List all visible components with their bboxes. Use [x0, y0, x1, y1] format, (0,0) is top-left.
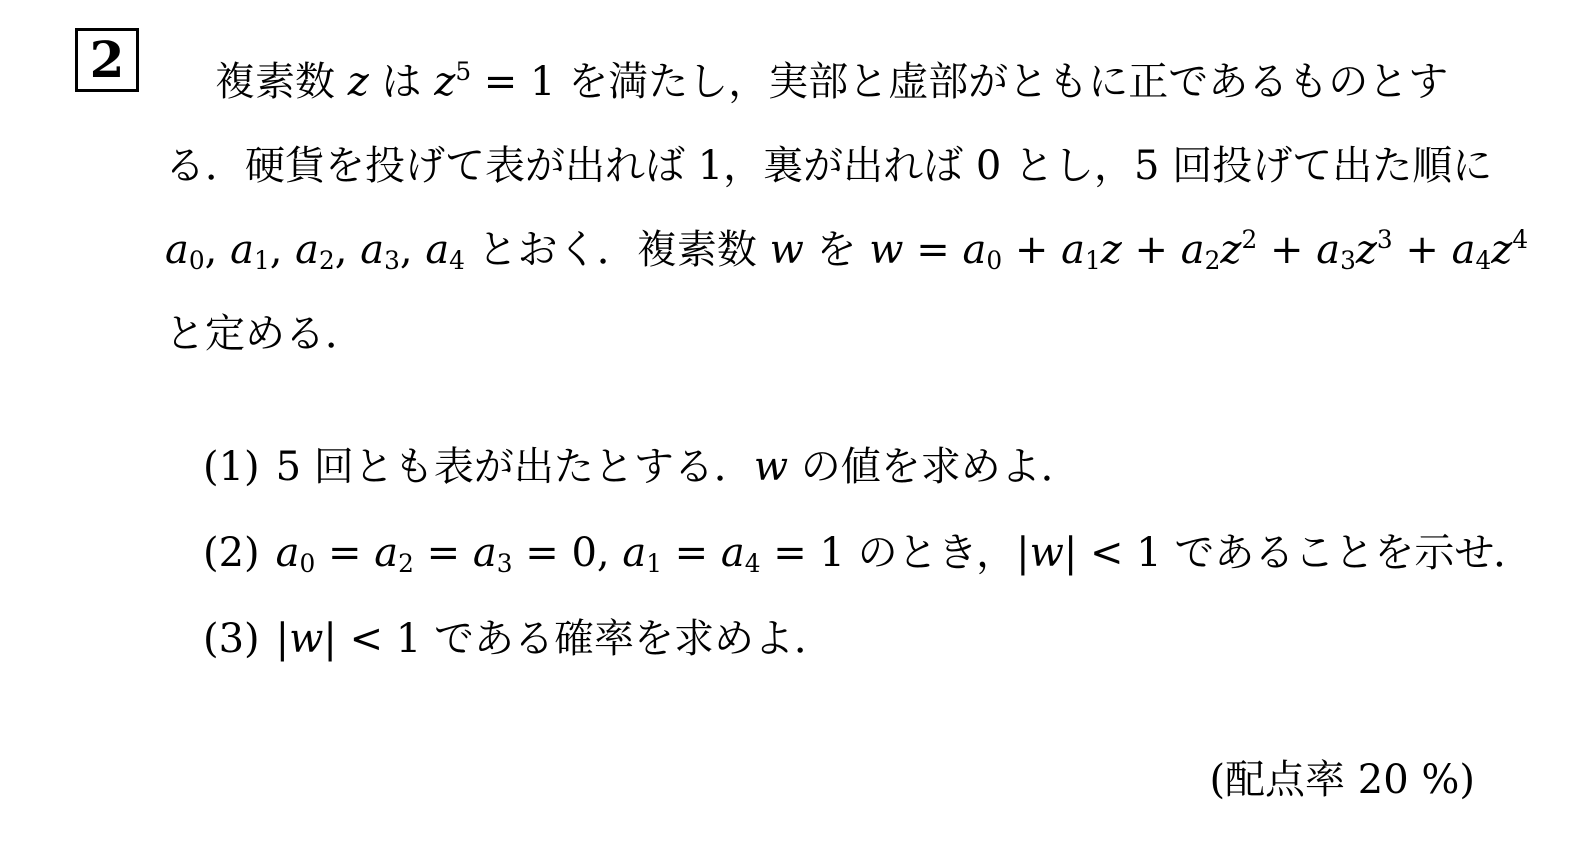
text-run: =	[904, 227, 963, 273]
math-var: w	[289, 616, 323, 662]
math-var: a	[425, 227, 449, 273]
item-label: (1)	[203, 444, 260, 490]
text-run: = 1	[471, 59, 568, 105]
problem-items: (1)5 回とも表が出たとする．w の値を求めよ．(2)a0 = a2 = a3…	[203, 424, 1533, 682]
math-subscript: 2	[319, 246, 335, 275]
body-line: る．硬貨を投げて表が出れば 1，裏が出れば 0 とし，5 回投げて出た順に	[165, 124, 1525, 208]
text-run: である確率を求めよ．	[434, 616, 834, 662]
math-var: a	[622, 530, 646, 576]
text-run: =	[662, 530, 721, 576]
problem-body: 複素数 z は z5 = 1 を満たし，実部と虚部がともに正であるものとする．硬…	[165, 40, 1525, 376]
math-subscript: 3	[497, 549, 513, 578]
text-run: | < 1	[323, 616, 434, 662]
text-run: とおく．複素数	[465, 227, 770, 273]
text-run: ,	[205, 227, 230, 273]
math-superscript: 3	[1377, 225, 1393, 254]
math-var: w	[1030, 530, 1064, 576]
text-run: ,	[400, 227, 425, 273]
math-var: z	[1101, 227, 1122, 273]
score-note: (配点率 20 %)	[1209, 748, 1475, 805]
body-line: 複素数 z は z5 = 1 を満たし，実部と虚部がともに正であるものとす	[165, 40, 1525, 124]
text-run: +	[1257, 227, 1316, 273]
exam-problem-page: 2 複素数 z は z5 = 1 を満たし，実部と虚部がともに正であるものとする…	[0, 0, 1571, 842]
text-run: の値を求めよ．	[788, 444, 1081, 490]
text-run: 5 回とも表が出たとする．	[276, 444, 754, 490]
math-subscript: 4	[1476, 246, 1492, 275]
math-subscript: 3	[384, 246, 400, 275]
math-var: a	[962, 227, 986, 273]
math-superscript: 2	[1241, 225, 1257, 254]
problem-item: (2)a0 = a2 = a3 = 0, a1 = a4 = 1 のとき，|w|…	[203, 510, 1533, 596]
math-var: a	[1061, 227, 1085, 273]
text-run: ,	[270, 227, 295, 273]
math-var: w	[869, 227, 903, 273]
math-subscript: 2	[1205, 246, 1221, 275]
problem-number-box: 2	[75, 28, 139, 92]
math-subscript: 4	[449, 246, 465, 275]
math-subscript: 1	[1085, 246, 1101, 275]
math-var: a	[1181, 227, 1205, 273]
item-label: (2)	[203, 530, 260, 576]
text-run: を	[804, 227, 869, 273]
math-var: a	[295, 227, 319, 273]
body-line: a0, a1, a2, a3, a4 とおく．複素数 w を w = a0 + …	[165, 208, 1525, 292]
math-subscript: 1	[646, 549, 662, 578]
math-var: a	[230, 227, 254, 273]
text-run: +	[1122, 227, 1181, 273]
text-run: | < 1	[1064, 530, 1175, 576]
math-subscript: 1	[254, 246, 270, 275]
text-run: |	[276, 616, 289, 662]
math-superscript: 4	[1512, 225, 1528, 254]
text-run: であることを示せ．	[1174, 530, 1533, 576]
text-run: る．硬貨を投げて表が出れば 1，裏が出れば 0 とし，5 回投げて出た順に	[165, 143, 1492, 189]
text-run: ,	[335, 227, 360, 273]
math-subscript: 0	[300, 549, 316, 578]
math-subscript: 3	[1340, 246, 1356, 275]
math-superscript: 5	[455, 57, 471, 86]
math-var: a	[374, 530, 398, 576]
text-run: を満たし，実部と虚部がともに正であるものとす	[568, 59, 1448, 105]
text-run: |	[1016, 530, 1029, 576]
text-run: =	[414, 530, 473, 576]
item-label: (3)	[203, 616, 260, 662]
text-run: 複素数	[215, 59, 348, 105]
body-line: と定める．	[165, 292, 1525, 376]
text-run: は	[369, 59, 434, 105]
math-var: w	[754, 444, 788, 490]
math-subscript: 4	[745, 549, 761, 578]
text-run: と定める．	[165, 311, 365, 357]
math-var: z	[1356, 227, 1377, 273]
text-run: = 0,	[513, 530, 623, 576]
math-var: a	[165, 227, 189, 273]
text-run: +	[1002, 227, 1061, 273]
math-var: a	[360, 227, 384, 273]
text-run: = 1 のとき，	[761, 530, 1017, 576]
math-var: w	[770, 227, 804, 273]
math-subscript: 0	[986, 246, 1002, 275]
problem-number: 2	[90, 35, 125, 85]
math-var: a	[276, 530, 300, 576]
math-var: z	[1220, 227, 1241, 273]
math-var: a	[1316, 227, 1340, 273]
math-subscript: 0	[189, 246, 205, 275]
math-var: z	[348, 59, 369, 105]
text-run: =	[315, 530, 374, 576]
math-var: a	[473, 530, 497, 576]
problem-item: (1)5 回とも表が出たとする．w の値を求めよ．	[203, 424, 1533, 510]
math-subscript: 2	[398, 549, 414, 578]
text-run: +	[1393, 227, 1452, 273]
problem-item: (3)|w| < 1 である確率を求めよ．	[203, 596, 1533, 682]
math-var: a	[721, 530, 745, 576]
math-var: z	[1491, 227, 1512, 273]
math-var: a	[1452, 227, 1476, 273]
math-var: z	[434, 59, 455, 105]
